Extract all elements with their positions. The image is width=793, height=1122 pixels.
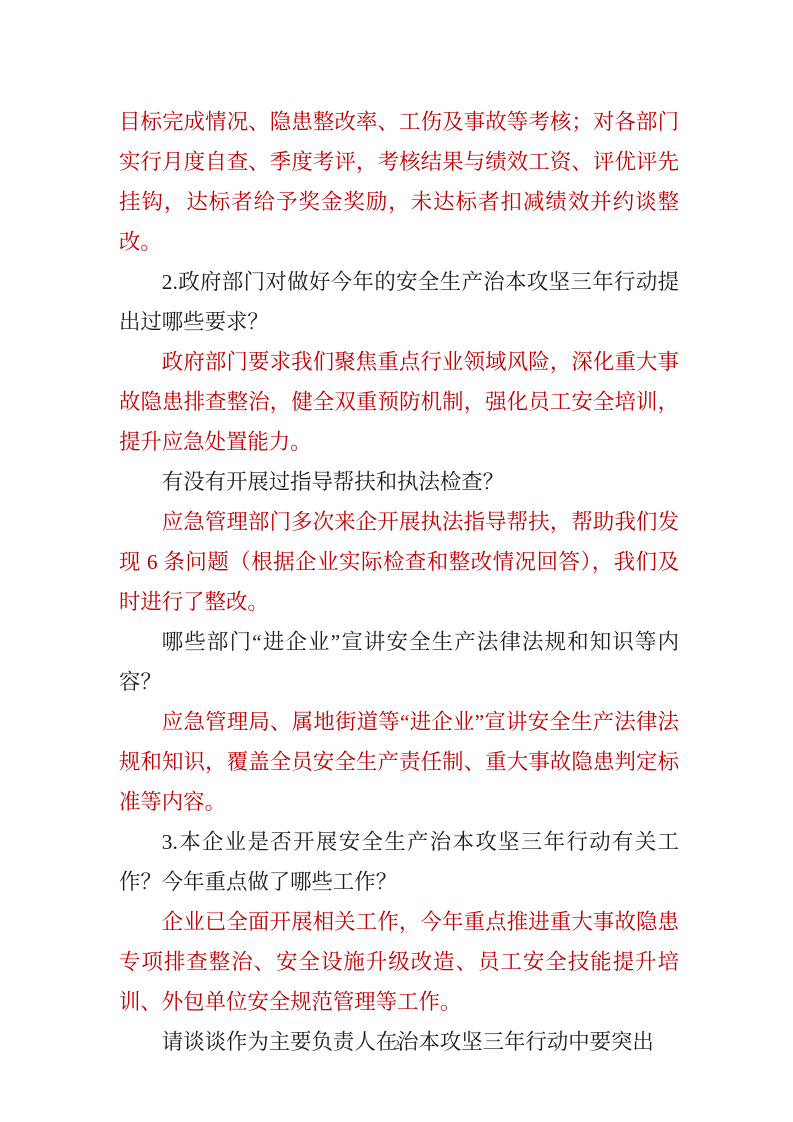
answer-paragraph: 应急管理部门多次来企开展执法指导帮扶，帮助我们发现 6 条问题（根据企业实际检查… [119,502,679,622]
question-paragraph-2: 2.政府部门对做好今年的安全生产治本攻坚三年行动提出过哪些要求？ [119,262,679,342]
question-paragraph: 有没有开展过指导帮扶和执法检查？ [119,462,679,502]
answer-paragraph-continuation: 目标完成情况、隐患整改率、工伤及事故等考核；对各部门实行月度自查、季度考评，考核… [119,102,679,262]
page-number: 2 [0,1036,793,1056]
question-paragraph: 哪些部门“进企业”宣讲安全生产法律法规和知识等内容？ [119,622,679,702]
document-text-block: 目标完成情况、隐患整改率、工伤及事故等考核；对各部门实行月度自查、季度考评，考核… [119,102,679,1062]
question-paragraph-3: 3.本企业是否开展安全生产治本攻坚三年行动有关工作？今年重点做了哪些工作？ [119,822,679,902]
answer-paragraph: 政府部门要求我们聚焦重点行业领域风险，深化重大事故隐患排查整治，健全双重预防机制… [119,342,679,462]
answer-paragraph: 应急管理局、属地街道等“进企业”宣讲安全生产法律法规和知识，覆盖全员安全生产责任… [119,702,679,822]
document-page: 目标完成情况、隐患整改率、工伤及事故等考核；对各部门实行月度自查、季度考评，考核… [0,0,793,1122]
answer-paragraph: 企业已全面开展相关工作，今年重点推进重大事故隐患专项排查整治、安全设施升级改造、… [119,902,679,1022]
